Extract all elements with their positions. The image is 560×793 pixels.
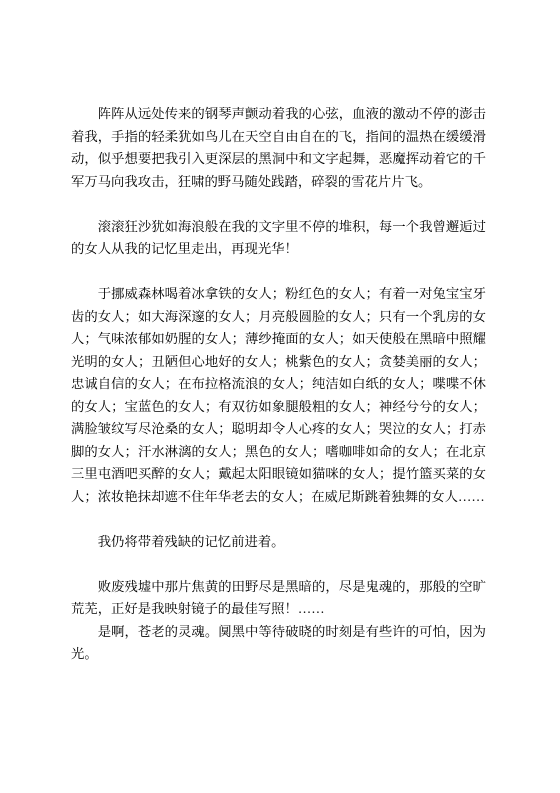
- paragraph-piano: 阵阵从远处传来的钢琴声颤动着我的心弦，血液的激动不停的澎击着我，手指的轻柔犹如鸟…: [71, 103, 486, 193]
- paragraph-soul: 是啊，苍老的灵魂。阒黑中等待破晓的时刻是有些许的可怕，因为光。: [71, 621, 486, 666]
- paragraph-sand: 滚滚狂沙犹如海浪般在我的文字里不停的堆积，每一个我曾邂逅过的女人从我的记忆里走出…: [71, 216, 486, 261]
- paragraph-memory: 我仍将带着残缺的记忆前进着。: [71, 531, 486, 554]
- paragraph-women-list: 于挪威森林喝着冰拿铁的女人；粉红色的女人；有着一对兔宝宝牙齿的女人；如大海深邃的…: [71, 283, 486, 508]
- paragraph-ruins: 败废残墟中那片焦黄的田野尽是黑暗的，尽是鬼魂的，那般的空旷荒芜，正好是我映射镜子…: [71, 576, 486, 621]
- document-page: 阵阵从远处传来的钢琴声颤动着我的心弦，血液的激动不停的澎击着我，手指的轻柔犹如鸟…: [0, 0, 560, 793]
- document-text: 阵阵从远处传来的钢琴声颤动着我的心弦，血液的激动不停的澎击着我，手指的轻柔犹如鸟…: [71, 103, 486, 666]
